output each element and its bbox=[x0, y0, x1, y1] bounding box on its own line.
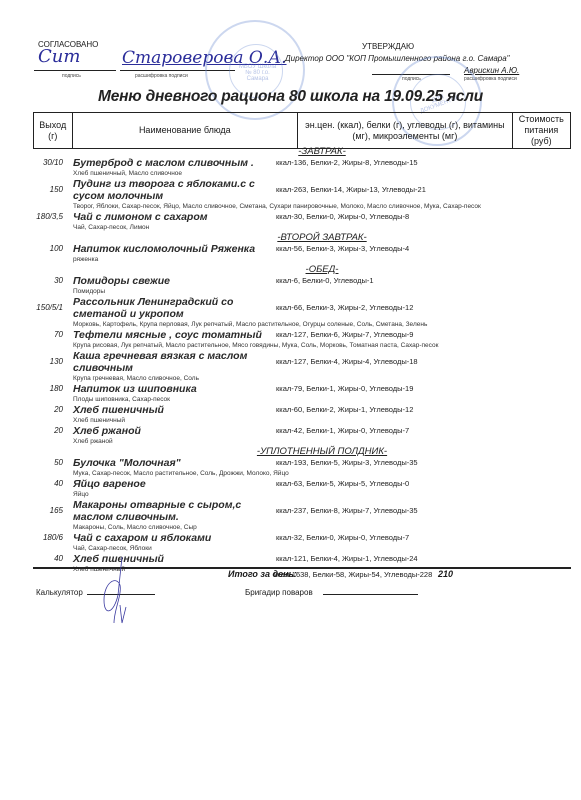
menu-item: 70ккал-127, Белки-6, Жиры-7, Углеводы-9Т… bbox=[33, 329, 571, 350]
dish-nutrition: ккал-32, Белки-0, Жиры-0, Углеводы-7 bbox=[276, 533, 409, 542]
header-nutrition: эн.цен. (ккал), белки (г), углеводы (г),… bbox=[298, 113, 513, 149]
dish-output: 180 bbox=[33, 384, 63, 393]
dish-output: 180/6 bbox=[33, 533, 63, 542]
dish-output: 180/3,5 bbox=[33, 212, 63, 221]
dish-ingredients: Чай, Сахар-песок, Яблоки bbox=[73, 544, 543, 553]
dish-nutrition: ккал-121, Белки-4, Жиры-1, Углеводы-24 bbox=[276, 554, 418, 563]
dish-nutrition: ккал-30, Белки-0, Жиры-0, Углеводы-8 bbox=[276, 212, 409, 221]
header-output: Выход (г) bbox=[34, 113, 73, 149]
menu-item: 180/3,5ккал-30, Белки-0, Жиры-0, Углевод… bbox=[33, 211, 571, 232]
dish-output: 130 bbox=[33, 357, 63, 366]
dish-ingredients: Яйцо bbox=[73, 490, 543, 499]
dish-output: 30/10 bbox=[33, 158, 63, 167]
dish-nutrition: ккал-127, Белки-4, Жиры-4, Углеводы-18 bbox=[276, 357, 418, 366]
section-title: -УПЛОТНЕННЫЙ ПОЛДНИК- bbox=[33, 446, 571, 457]
dish-nutrition: ккал-56, Белки-3, Жиры-3, Углеводы-4 bbox=[276, 244, 409, 253]
menu-item: 40ккал-63, Белки-5, Жиры-5, Углеводы-0Яй… bbox=[33, 478, 571, 499]
dish-name: Хлеб пшеничный bbox=[73, 404, 273, 416]
dish-ingredients: Макароны, Соль, Масло сливочное, Сыр bbox=[73, 523, 543, 532]
menu-item: 20ккал-60, Белки-2, Жиры-1, Углеводы-12Х… bbox=[33, 404, 571, 425]
dish-output: 150 bbox=[33, 185, 63, 194]
menu-table-header: Выход (г) Наименование блюда эн.цен. (кк… bbox=[33, 112, 571, 149]
menu-item: 20ккал-42, Белки-1, Жиры-0, Углеводы-7Хл… bbox=[33, 425, 571, 446]
header-cost: Стоимость питания (руб) bbox=[512, 113, 570, 149]
dish-name: Бутерброд с маслом сливочным . bbox=[73, 157, 273, 169]
dish-output: 40 bbox=[33, 554, 63, 563]
menu-item: 165ккал-237, Белки-8, Жиры-7, Углеводы-3… bbox=[33, 499, 571, 532]
dish-ingredients: ряженка bbox=[73, 255, 543, 264]
menu-item: 30/10ккал-136, Белки-2, Жиры-8, Углеводы… bbox=[33, 157, 571, 178]
dish-nutrition: ккал-136, Белки-2, Жиры-8, Углеводы-15 bbox=[276, 158, 418, 167]
dish-ingredients: Крупа рисовая, Лук репчатый, Масло расти… bbox=[73, 341, 543, 350]
dish-name: Чай с сахаром и яблоками bbox=[73, 532, 273, 544]
dish-ingredients: Хлеб пшеничный, Масло сливочное bbox=[73, 169, 543, 178]
menu-item: 100ккал-56, Белки-3, Жиры-3, Углеводы-4Н… bbox=[33, 243, 571, 264]
dish-nutrition: ккал-263, Белки-14, Жиры-13, Углеводы-21 bbox=[276, 185, 426, 194]
header-dish-name: Наименование блюда bbox=[72, 113, 298, 149]
dish-ingredients: Плоды шиповника, Сахар-песок bbox=[73, 395, 543, 404]
dish-output: 20 bbox=[33, 426, 63, 435]
dish-nutrition: ккал-42, Белки-1, Жиры-0, Углеводы-7 bbox=[276, 426, 409, 435]
menu-item: 130ккал-127, Белки-4, Жиры-4, Углеводы-1… bbox=[33, 350, 571, 383]
dish-name: Рассольник Ленинградский со сметаной и у… bbox=[73, 296, 273, 320]
dish-output: 100 bbox=[33, 244, 63, 253]
dish-output: 40 bbox=[33, 479, 63, 488]
dish-ingredients: Чай, Сахар-песок, Лимон bbox=[73, 223, 543, 232]
dish-nutrition: ккал-193, Белки-5, Жиры-3, Углеводы-35 bbox=[276, 458, 418, 467]
total-cost: 210 bbox=[438, 569, 453, 579]
dish-output: 30 bbox=[33, 276, 63, 285]
dish-nutrition: ккал-237, Белки-8, Жиры-7, Углеводы-35 bbox=[276, 506, 418, 515]
menu-item: 150/5/1ккал-66, Белки-3, Жиры-2, Углевод… bbox=[33, 296, 571, 329]
dish-output: 20 bbox=[33, 405, 63, 414]
approved-label: УТВЕРЖДАЮ bbox=[362, 42, 414, 51]
dish-name: Напиток кисломолочный Ряженка bbox=[73, 243, 273, 255]
dish-output: 150/5/1 bbox=[33, 303, 63, 312]
dish-nutrition: ккал-66, Белки-3, Жиры-2, Углеводы-12 bbox=[276, 303, 413, 312]
dish-ingredients: Хлеб пшеничный bbox=[73, 416, 543, 425]
dish-nutrition: ккал-79, Белки-1, Жиры-0, Углеводы-19 bbox=[276, 384, 413, 393]
dish-name: Напиток из шиповника bbox=[73, 383, 273, 395]
calculator-label: Калькулятор bbox=[36, 588, 83, 597]
dish-nutrition: ккал-127, Белки-6, Жиры-7, Углеводы-9 bbox=[276, 330, 413, 339]
menu-body: -ЗАВТРАК-30/10ккал-136, Белки-2, Жиры-8,… bbox=[33, 146, 571, 574]
dish-ingredients: Помидоры bbox=[73, 287, 543, 296]
dish-name: Тефтели мясные , соус томатный bbox=[73, 329, 273, 341]
dish-name: Помидоры свежие bbox=[73, 275, 273, 287]
decode-caption: расшифровка подписи bbox=[135, 73, 188, 79]
signature-line bbox=[34, 70, 116, 71]
dish-output: 70 bbox=[33, 330, 63, 339]
menu-item: 150ккал-263, Белки-14, Жиры-13, Углеводы… bbox=[33, 178, 571, 211]
menu-item: 30ккал-6, Белки-0, Углеводы-1Помидоры св… bbox=[33, 275, 571, 296]
menu-item: 180ккал-79, Белки-1, Жиры-0, Углеводы-19… bbox=[33, 383, 571, 404]
approved-position: Директор ООО "КОП Промышленного района г… bbox=[285, 54, 510, 63]
dish-name: Чай с лимоном с сахаром bbox=[73, 211, 273, 223]
dish-ingredients: Хлеб ржаной bbox=[73, 437, 543, 446]
menu-item: 180/6ккал-32, Белки-0, Жиры-0, Углеводы-… bbox=[33, 532, 571, 553]
dish-nutrition: ккал-63, Белки-5, Жиры-5, Углеводы-0 bbox=[276, 479, 409, 488]
page-title: Меню дневного рациона 80 школа на 19.09.… bbox=[0, 88, 581, 106]
calculator-signature bbox=[100, 555, 130, 625]
dish-output: 50 bbox=[33, 458, 63, 467]
dish-name: Яйцо вареное bbox=[73, 478, 273, 490]
agreed-signature: Сит bbox=[38, 46, 80, 67]
menu-item: 50ккал-193, Белки-5, Жиры-3, Углеводы-35… bbox=[33, 457, 571, 478]
section-title: -ЗАВТРАК- bbox=[33, 146, 571, 157]
section-title: -ВТОРОЙ ЗАВТРАК- bbox=[33, 232, 571, 243]
dish-name: Булочка "Молочная" bbox=[73, 457, 273, 469]
dish-ingredients: Мука, Сахар-песок, Масло растительное, С… bbox=[73, 469, 543, 478]
dish-name: Макароны отварные с сыром,с маслом сливо… bbox=[73, 499, 273, 523]
dish-nutrition: ккал-60, Белки-2, Жиры-1, Углеводы-12 bbox=[276, 405, 413, 414]
dish-name: Пудинг из творога с яблоками.с с сусом м… bbox=[73, 178, 273, 202]
signature-caption: подпись bbox=[62, 73, 81, 79]
chef-label: Бригадир поваров bbox=[245, 588, 313, 597]
total-values: ккал-1638, Белки-58, Жиры-54, Углеводы-2… bbox=[274, 570, 432, 579]
dish-ingredients: Морковь, Картофель, Крупа перловая, Лук … bbox=[73, 320, 543, 329]
dish-ingredients: Крупа гречневая, Масло сливочное, Соль bbox=[73, 374, 543, 383]
dish-name: Каша гречневая вязкая с маслом сливочным bbox=[73, 350, 273, 374]
dish-name: Хлеб ржаной bbox=[73, 425, 273, 437]
section-title: -ОБЕД- bbox=[33, 264, 571, 275]
chef-signature-line bbox=[323, 594, 418, 595]
dish-output: 165 bbox=[33, 506, 63, 515]
dish-ingredients: Творог, Яблоки, Сахар-песок, Яйцо, Масло… bbox=[73, 202, 543, 211]
dish-nutrition: ккал-6, Белки-0, Углеводы-1 bbox=[276, 276, 374, 285]
